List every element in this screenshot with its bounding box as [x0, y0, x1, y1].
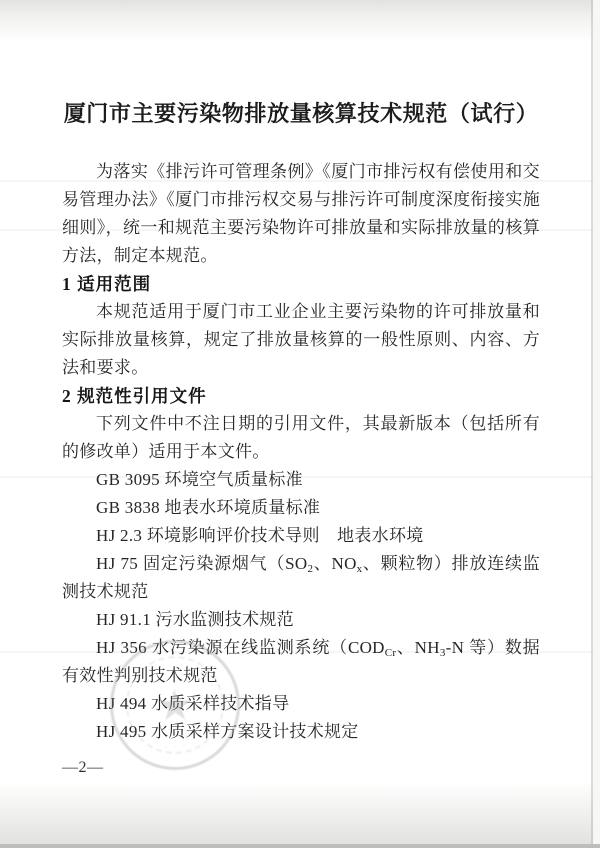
reference-item: HJ 91.1 污水监测技术规范 [62, 606, 540, 634]
section-1-heading: 1 适用范围 [62, 270, 540, 298]
reference-item: GB 3095 环境空气质量标准 [62, 466, 540, 494]
section-2-heading: 2 规范性引用文件 [62, 382, 540, 410]
intro-paragraph: 为落实《排污许可管理条例》《厦门市排污权有偿使用和交易管理办法》《厦门市排污权交… [62, 158, 540, 270]
reference-item: HJ 494 水质采样技术指导 [62, 690, 540, 718]
document-title: 厦门市主要污染物排放量核算技术规范（试行） [62, 96, 540, 132]
section-2-paragraph: 下列文件中不注日期的引用文件，其最新版本（包括所有的修改单）适用于本文件。 [62, 410, 540, 466]
reference-item: HJ 495 水质采样方案设计技术规定 [62, 718, 540, 746]
reference-item: HJ 2.3 环境影响评价技术导则 地表水环境 [62, 522, 540, 550]
page-number: —2— [62, 754, 104, 782]
scan-right-margin [593, 0, 600, 844]
reference-item: HJ 75 固定污染源烟气（SO2、NOx、颗粒物）排放连续监测技术规范 [62, 550, 540, 606]
scan-page-edge-line [591, 0, 593, 844]
reference-item: HJ 356 水污染源在线监测系统（CODCr、NH3-N 等）数据有效性判别技… [62, 634, 540, 690]
section-1-paragraph: 本规范适用于厦门市工业企业主要污染物的许可排放量和实际排放量核算，规定了排放量核… [62, 298, 540, 382]
document-body: 厦门市主要污染物排放量核算技术规范（试行） 为落实《排污许可管理条例》《厦门市排… [62, 0, 540, 746]
reference-item: GB 3838 地表水环境质量标准 [62, 494, 540, 522]
scanned-document-page: 厦门市主要污染物排放量核算技术规范（试行） 为落实《排污许可管理条例》《厦门市排… [0, 0, 600, 848]
scan-bottom-shadow [0, 782, 600, 844]
scan-bottom-edge [0, 844, 600, 848]
